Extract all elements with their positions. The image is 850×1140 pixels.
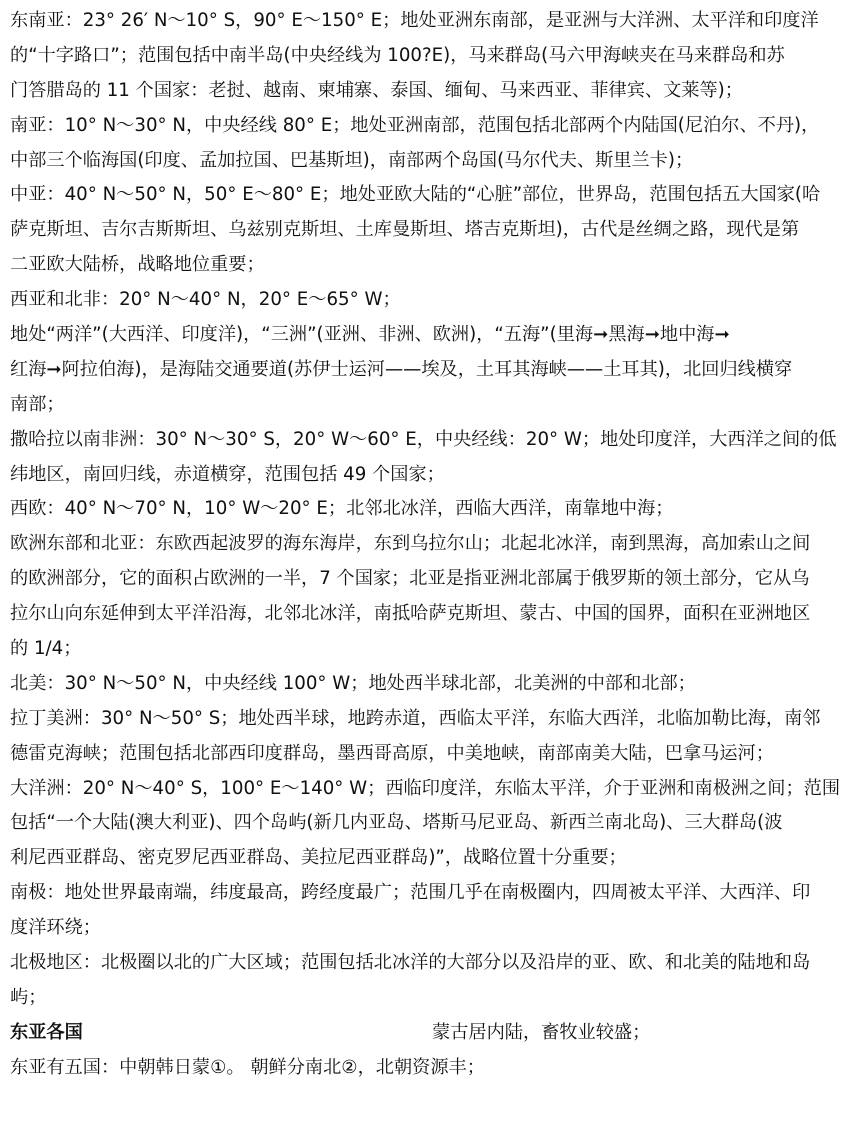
- text-line: 的 1/4；: [10, 632, 846, 667]
- paragraph-west-asia-location: 地处“两洋”(大西洋、印度洋)，“三洲”(亚洲、非洲、欧洲)，“五海”(里海➞黑…: [10, 318, 846, 423]
- paragraph-arctic: 北极地区：北极圈以北的广大区域；范围包括北冰洋的大部分以及沿岸的亚、欧、和北美的…: [10, 946, 846, 1016]
- paragraph-central-asia: 中亚：40° N～50° N，50° E～80° E；地处亚欧大陆的“心脏”部位…: [10, 178, 846, 283]
- paragraph-sub-saharan-africa: 撒哈拉以南非洲：30° N～30° S，20° W～60° E，中央经线：20°…: [10, 423, 846, 493]
- paragraph-southeast-asia: 东南亚：23° 26′ N～10° S，90° E～150° E；地处亚洲东南部…: [10, 4, 846, 109]
- text-line: 拉丁美洲：30° N～50° S；地处西半球，地跨赤道，西临太平洋，东临大西洋，…: [10, 702, 846, 737]
- text-line: 度洋环绕；: [10, 911, 846, 946]
- text-line: 大洋洲：20° N～40° S，100° E～140° W；西临印度洋，东临太平…: [10, 772, 846, 807]
- paragraph-west-asia-north-africa: 西亚和北非：20° N～40° N，20° E～65° W；: [10, 283, 846, 318]
- text-line: 西欧：40° N～70° N，10° W～20° E；北邻北冰洋，西临大西洋，南…: [10, 492, 846, 527]
- text-line: 的“十字路口”；范围包括中南半岛(中央经线为 100?E)，马来群岛(马六甲海峡…: [10, 39, 846, 74]
- text-line: 南部；: [10, 388, 846, 423]
- text-line: 利尼西亚群岛、密克罗尼西亚群岛、美拉尼西亚群岛)”，战略位置十分重要；: [10, 841, 846, 876]
- text-line: 东南亚：23° 26′ N～10° S，90° E～150° E；地处亚洲东南部…: [10, 4, 846, 39]
- text-line: 的欧洲部分，它的面积占欧洲的一半，7 个国家；北亚是指亚洲北部属于俄罗斯的领土部…: [10, 562, 846, 597]
- section-heading: 东亚各国: [10, 1022, 83, 1043]
- text-line: 中亚：40° N～50° N，50° E～80° E；地处亚欧大陆的“心脏”部位…: [10, 178, 846, 213]
- text-line: 西亚和北非：20° N～40° N，20° E～65° W；: [10, 283, 846, 318]
- text-line: 包括“一个大陆(澳大利亚)、四个岛屿(新几内亚岛、塔斯马尼亚岛、新西兰南北岛)、…: [10, 806, 846, 841]
- text-line: 拉尔山向东延伸到太平洋沿海，北邻北冰洋，南抵哈萨克斯坦、蒙古、中国的国界，面积在…: [10, 597, 846, 632]
- text-line: 红海➞阿拉伯海)，是海陆交通要道(苏伊士运河——埃及，土耳其海峡——土耳其)，北…: [10, 353, 846, 388]
- text-line: 欧洲东部和北亚：东欧西起波罗的海东海岸，东到乌拉尔山；北起北冰洋，南到黑海，高加…: [10, 527, 846, 562]
- text-line: 中部三个临海国(印度、孟加拉国、巴基斯坦)，南部两个岛国(马尔代夫、斯里兰卡)；: [10, 144, 846, 179]
- text-line: 北美：30° N～50° N，中央经线 100° W；地处西半球北部，北美洲的中…: [10, 667, 846, 702]
- text-line: 二亚欧大陆桥，战略地位重要；: [10, 248, 846, 283]
- paragraph-south-asia: 南亚：10° N～30° N，中央经线 80° E；地处亚洲南部，范围包括北部两…: [10, 109, 846, 179]
- text-line: 南极：地处世界最南端，纬度最高，跨经度最广；范围几乎在南极圈内，四周被太平洋、大…: [10, 876, 846, 911]
- paragraph-latin-america: 拉丁美洲：30° N～50° S；地处西半球，地跨赤道，西临太平洋，东临大西洋，…: [10, 702, 846, 772]
- text-line: 德雷克海峡；范围包括北部西印度群岛，墨西哥高原，中美地峡，南部南美大陆，巴拿马运…: [10, 737, 846, 772]
- text-line: 纬地区，南回归线，赤道横穿，范围包括 49 个国家；: [10, 458, 846, 493]
- side-note: 蒙古居内陆，畜牧业较盛；: [432, 1016, 650, 1051]
- text-line: 撒哈拉以南非洲：30° N～30° S，20° W～60° E，中央经线：20°…: [10, 423, 846, 458]
- paragraph-oceania: 大洋洲：20° N～40° S，100° E～140° W；西临印度洋，东临太平…: [10, 772, 846, 877]
- document-page: 东南亚：23° 26′ N～10° S，90° E～150° E；地处亚洲东南部…: [10, 4, 846, 1086]
- text-line: 北极地区：北极圈以北的广大区域；范围包括北冰洋的大部分以及沿岸的亚、欧、和北美的…: [10, 946, 846, 981]
- text-line: 萨克斯坦、吉尔吉斯斯坦、乌兹别克斯坦、土库曼斯坦、塔吉克斯坦)，古代是丝绸之路，…: [10, 213, 846, 248]
- paragraph-north-america: 北美：30° N～50° N，中央经线 100° W；地处西半球北部，北美洲的中…: [10, 667, 846, 702]
- text-line: 南亚：10° N～30° N，中央经线 80° E；地处亚洲南部，范围包括北部两…: [10, 109, 846, 144]
- text-line: 屿；: [10, 981, 846, 1016]
- east-asia-line: 东亚有五国：中朝韩日蒙①。 朝鲜分南北②，北朝资源丰；: [10, 1051, 846, 1086]
- east-asia-heading-row: 东亚各国 蒙古居内陆，畜牧业较盛；: [10, 1016, 846, 1051]
- paragraph-eastern-europe-north-asia: 欧洲东部和北亚：东欧西起波罗的海东海岸，东到乌拉尔山；北起北冰洋，南到黑海，高加…: [10, 527, 846, 667]
- text-line: 门答腊岛的 11 个国家：老挝、越南、柬埔寨、泰国、缅甸、马来西亚、菲律宾、文莱…: [10, 74, 846, 109]
- text-line: 地处“两洋”(大西洋、印度洋)，“三洲”(亚洲、非洲、欧洲)，“五海”(里海➞黑…: [10, 318, 846, 353]
- paragraph-western-europe: 西欧：40° N～70° N，10° W～20° E；北邻北冰洋，西临大西洋，南…: [10, 492, 846, 527]
- paragraph-antarctica: 南极：地处世界最南端，纬度最高，跨经度最广；范围几乎在南极圈内，四周被太平洋、大…: [10, 876, 846, 946]
